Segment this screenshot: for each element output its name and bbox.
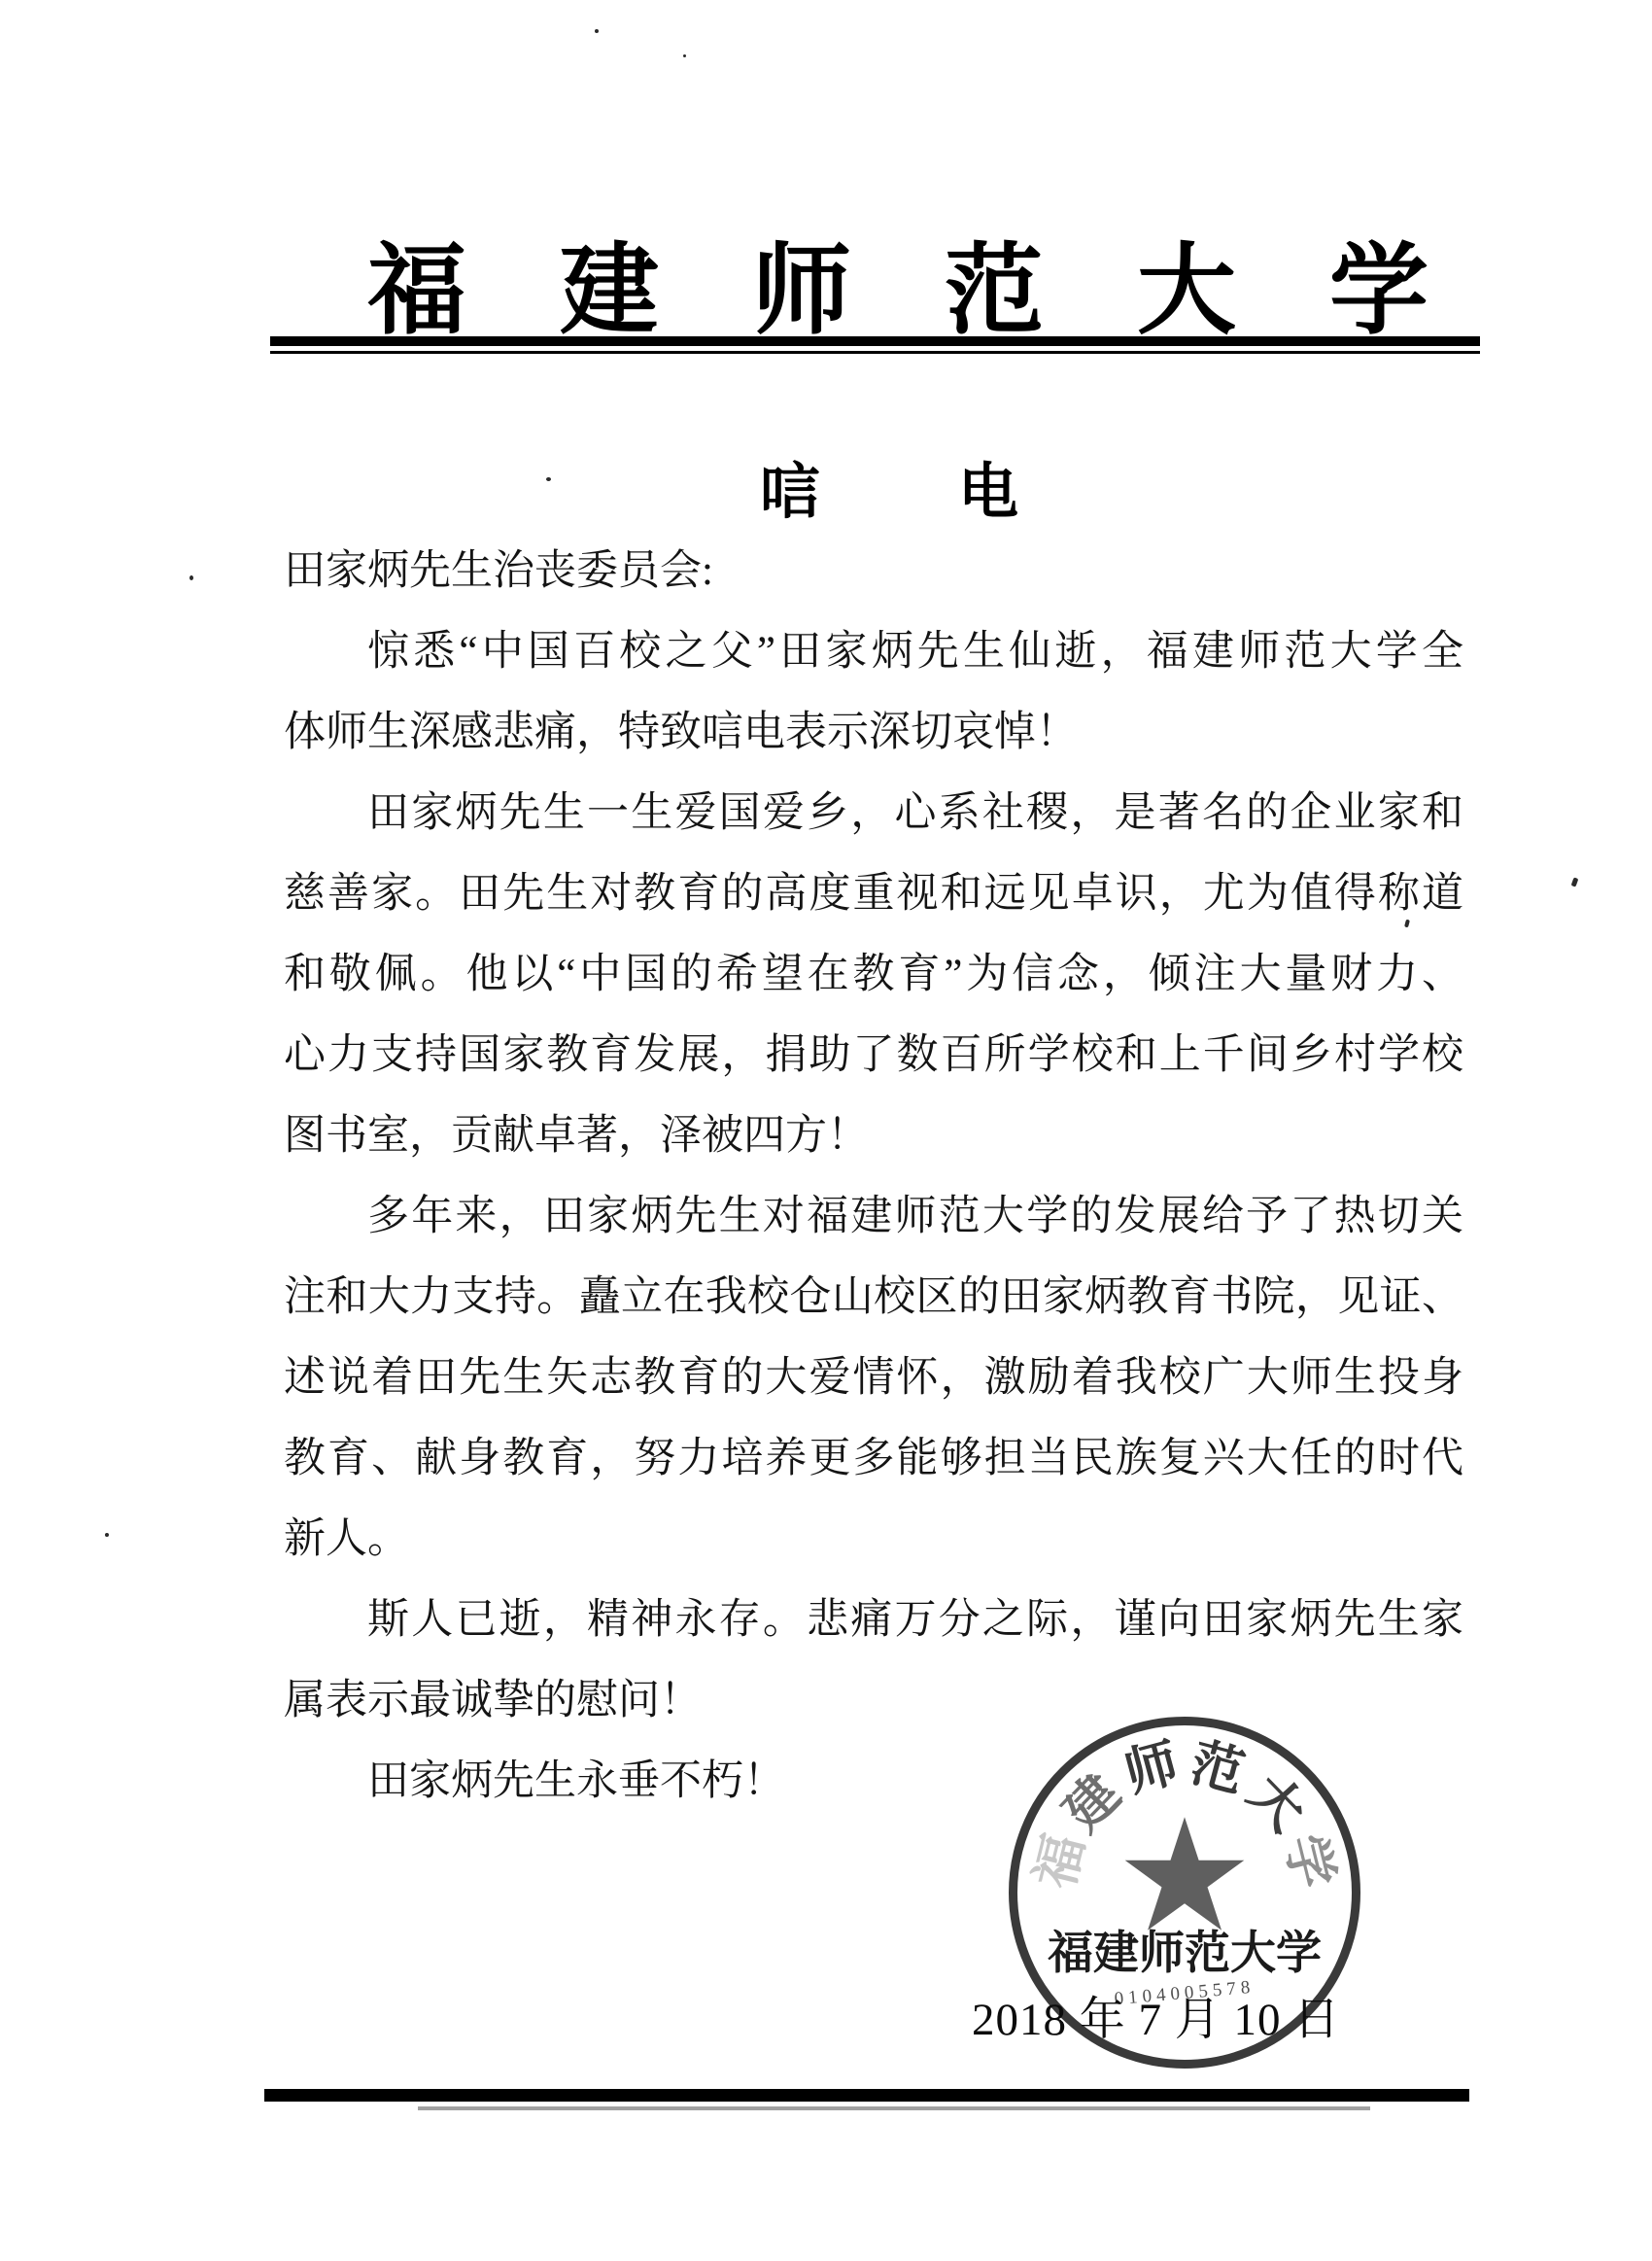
body-line: 心力支持国家教育发展，捐助了数百所学校和上千间乡村学校 [284,1015,1463,1096]
body-line: 注和大力支持。矗立在我校仓山校区的田家炳教育书院，见证、 [284,1257,1463,1338]
seal-name-text: 福建师范大学 [1015,1917,1355,1982]
document-title: 唁电 [760,443,1156,530]
scan-speck [105,1533,109,1537]
body-line: 图书室，贡献卓著，泽被四方！ [284,1096,1463,1176]
letterhead-title: 福建师范大学 [367,212,1522,354]
body-line: 慈善家。田先生对教育的高度重视和远见卓识，尤为值得称道 [284,853,1463,934]
body-line: 新人。 [284,1499,1463,1580]
body-line: 多年来，田家炳先生对福建师范大学的发展给予了热切关 [284,1176,1463,1257]
body-line: 教育、献身教育，努力培养更多能够担当民族复兴大任的时代 [284,1418,1463,1499]
body-line: 体师生深感悲痛，特致唁电表示深切哀悼！ [284,692,1463,773]
scan-speck [595,29,599,33]
letterhead-rule-thick [270,336,1480,346]
scan-speck [555,1377,558,1381]
scan-speck [189,575,193,580]
scan-speck [546,477,551,481]
body-line: 惊悉“中国百校之父”田家炳先生仙逝，福建师范大学全 [284,611,1463,692]
footer-rule-echo [418,2106,1370,2110]
body-line: 斯人已逝，精神永存。悲痛万分之际，谨向田家炳先生家 [284,1580,1463,1660]
body-line: 田家炳先生治丧委员会: [284,531,1463,611]
body-line: 和敬佩。他以“中国的希望在教育”为信念，倾注大量财力、 [284,934,1463,1015]
letter-body: 田家炳先生治丧委员会:惊悉“中国百校之父”田家炳先生仙逝，福建师范大学全体师生深… [284,531,1463,1822]
footer-rule [264,2089,1469,2102]
scan-speck [1571,877,1579,887]
body-line: 述说着田先生矢志教育的大爱情怀，激励着我校广大师生投身 [284,1338,1463,1418]
scanned-letter-page: 福建师范大学 唁电 田家炳先生治丧委员会:惊悉“中国百校之父”田家炳先生仙逝，福… [0,0,1652,2261]
scan-speck [683,54,686,57]
body-line: 田家炳先生一生爱国爱乡，心系社稷，是著名的企业家和 [284,773,1463,853]
letterhead-rule-thin [270,351,1480,354]
date-line: 2018 年 7 月 10 日 [972,1983,1340,2048]
